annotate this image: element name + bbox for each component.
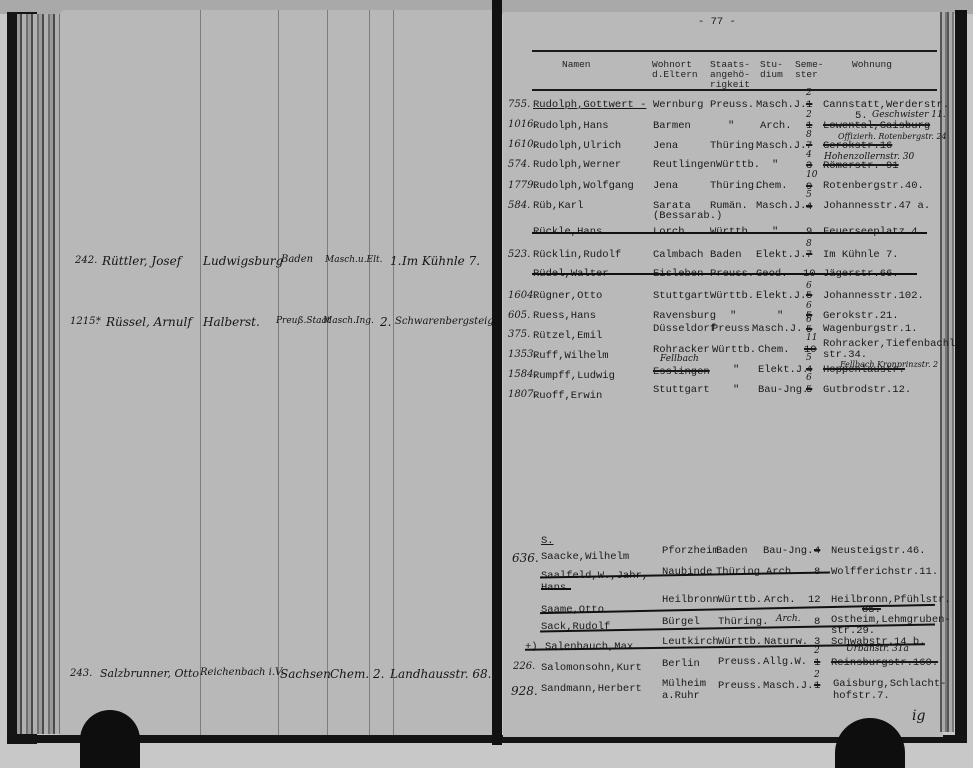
entry-wohnort: Halberst. <box>203 315 260 329</box>
strikethrough-line <box>541 588 571 590</box>
row-semester-new: 2 <box>806 88 812 98</box>
entry-number: 242. <box>75 255 97 266</box>
row-wohnort-new: Fellbach <box>660 354 699 364</box>
row-wohnung: Gutbrodstr.12. <box>823 384 911 396</box>
row-number: 605. <box>508 310 530 321</box>
entry-wohnort: Reichenbach i.V. <box>200 667 284 678</box>
row-semester: 4 <box>814 545 820 557</box>
row-hand-note: Hohenzollernstr. 30 <box>824 152 914 162</box>
row-semester-new: 5 <box>806 353 812 363</box>
page-number: - 77 - <box>698 16 736 28</box>
row-number: +) <box>525 641 538 653</box>
row-hand-note: Urbanstr. 31a <box>846 644 909 654</box>
entry-semester: 2. <box>373 667 384 681</box>
row-name: Rumpff,Ludwig <box>533 370 615 382</box>
row-wohnung: Johannesstr.47 a. <box>823 200 930 212</box>
book-cover-right <box>955 10 967 740</box>
row-semester-new: 6 <box>806 301 812 311</box>
header-studium: Stu- dium <box>760 60 783 80</box>
row-number: 755. <box>508 99 530 110</box>
row-name: Sandmann,Herbert <box>541 683 642 695</box>
row-wohnung: Wagenburgstr.1. <box>823 323 918 335</box>
row-studium: Elekt.J. <box>758 364 808 376</box>
entry-number: 243. <box>70 668 92 679</box>
row-wohnort-cont: a.Ruhr <box>662 690 700 702</box>
row-studium: Arch. <box>776 614 801 624</box>
row-staat: Württb. <box>718 594 762 606</box>
entry-semester: 1. <box>390 254 401 268</box>
row-name: Rudolph,Ulrich <box>533 140 621 152</box>
row-wohnung: Johannesstr.102. <box>823 290 924 302</box>
section-letter: S. <box>541 535 554 547</box>
row-semester-new: 10 <box>806 170 817 180</box>
row-staat: Preuss. <box>718 656 762 668</box>
row-name: Saacke,Wilhelm <box>541 551 629 563</box>
entry-studium: Chem. <box>330 667 369 681</box>
row-hand-note: Geschwister 11. <box>872 110 946 120</box>
row-wohnung: Gerokstr.21. <box>823 310 899 322</box>
row-staat: " <box>730 310 736 322</box>
row-number: 574. <box>508 159 530 170</box>
row-staat: Württb. <box>712 344 756 356</box>
row-name: Ruess,Hans <box>533 310 596 322</box>
column-line <box>200 10 201 735</box>
row-wohnort: Jena <box>653 140 678 152</box>
strikethrough-line <box>532 232 927 234</box>
row-semester-new: 8 <box>806 130 812 140</box>
row-wohnort: Jena <box>653 180 678 192</box>
row-name: Rudolph,Hans <box>533 120 609 132</box>
row-number: 226. <box>513 661 535 672</box>
row-wohnort: Esslingen <box>653 366 710 378</box>
strikethrough-line <box>532 273 917 275</box>
row-studium: " <box>777 310 783 322</box>
row-wohnort: Stuttgart <box>653 290 710 302</box>
row-semester: 1 <box>814 680 820 692</box>
row-number: 636. <box>512 551 539 565</box>
row-number: 584. <box>508 200 530 211</box>
row-semester: 4 <box>806 201 812 213</box>
row-wohnort: Stuttgart <box>653 384 710 396</box>
row-name: Salomonsohn,Kurt <box>541 662 642 674</box>
row-studium: Masch.J. <box>756 200 806 212</box>
entry-mark: * <box>96 316 101 327</box>
row-staat: " <box>728 120 734 132</box>
header-staat: Staats- angehö- rigkeit <box>710 60 750 90</box>
row-name: Rücklin,Rudolf <box>533 249 621 261</box>
row-wohnort: Bürgel <box>662 616 700 628</box>
row-wohnung: Im Kühnle 7. <box>823 249 899 261</box>
row-semester: 5 <box>806 384 812 396</box>
column-line <box>327 10 328 735</box>
row-studium: " <box>772 159 778 171</box>
header-wohnort: Wohnort d.Eltern <box>652 60 698 80</box>
header-rule-top <box>532 50 937 52</box>
row-wohnort: Ravensburg <box>653 310 716 322</box>
row-wohnort: Düsseldorf <box>653 323 716 335</box>
row-studium: Elekt.J. <box>756 290 806 302</box>
row-wohnort: Berlin <box>662 658 700 670</box>
row-studium: Masch.J. <box>752 323 802 335</box>
row-semester-new: 2 <box>806 110 812 120</box>
header-semester: Seme- ster <box>795 60 824 80</box>
entry-wohnung: Im Kühnle 7. <box>402 254 480 268</box>
row-wohnort: Calmbach <box>653 249 703 261</box>
row-name: Rügner,Otto <box>533 290 602 302</box>
row-semester-new: 8 <box>806 239 812 249</box>
row-staat: Baden <box>710 249 742 261</box>
row-wohnort: Wernburg <box>653 99 703 111</box>
row-name: Ruoff,Erwin <box>533 390 602 402</box>
row-name: Rudolph,Wolfgang <box>533 180 634 192</box>
row-semester-new: 6 <box>806 315 812 325</box>
row-staat: Rumän. <box>710 200 748 212</box>
row-wohnung: Lowental,Gaisburg <box>823 120 930 132</box>
row-number: 928. <box>511 684 538 698</box>
row-wohnort: Mülheim <box>662 678 706 690</box>
entry-staat: Baden <box>281 254 313 265</box>
row-studium: Bau-Jng. <box>763 545 813 557</box>
row-semester-new: 11 <box>806 333 817 343</box>
entry-name: Rüssel, Arnulf <box>106 315 192 329</box>
row-wohnung-cont: hofstr.7. <box>833 690 890 702</box>
row-studium: Masch.J. <box>756 140 806 152</box>
row-hand-note: Offizierh. Rotenbergstr. 24 <box>838 132 947 141</box>
row-name: Rüb,Karl <box>533 200 583 212</box>
row-hand-note: Fellbach Kronprinzstr. 2 <box>840 360 938 369</box>
row-studium: Bau-Jng. <box>758 384 808 396</box>
row-semester: 12 <box>808 594 821 606</box>
page-edges <box>17 14 65 734</box>
row-wohnung: Gaisburg,Schlacht- <box>833 678 946 690</box>
row-semester-new: 4 <box>806 150 812 160</box>
row-wohnort: Barmen <box>653 120 691 132</box>
entry-studium: Masch.Ing. <box>323 316 374 326</box>
entry-staat: Sachsen <box>280 667 331 681</box>
header-wohnung: Wohnung <box>852 60 892 70</box>
row-studium: Elekt.J. <box>756 249 806 261</box>
row-wohnort: Reutlingen <box>653 159 716 171</box>
row-wohnung: Reinsburgstr.160. <box>831 657 938 669</box>
row-semester-new: 2 <box>814 646 820 656</box>
row-staat: " <box>733 364 739 376</box>
row-staat: Preuss. <box>712 323 756 335</box>
row-name: Rützel,Emil <box>533 330 602 342</box>
initials-signature: ig <box>912 708 925 724</box>
entry-studium: Masch.u.Elt. <box>325 255 382 265</box>
row-staat: Preuss. <box>718 680 762 692</box>
row-wohnort: Heilbronn <box>662 594 719 606</box>
row-semester-new: 2 <box>814 670 820 680</box>
row-studium: Chem. <box>758 344 790 356</box>
column-line <box>278 10 279 735</box>
row-staat: Baden <box>716 545 748 557</box>
row-studium: Chem. <box>756 180 788 192</box>
row-semester-new: 6 <box>806 281 812 291</box>
row-studium: Masch.J. <box>756 99 806 111</box>
row-semester-new: 5 <box>806 190 812 200</box>
row-name: Rudolph,Gottwert - <box>533 99 646 111</box>
row-studium: Masch.J. <box>763 680 813 692</box>
row-name: Ruff,Wilhelm <box>533 350 609 362</box>
entry-wohnort: Ludwigsburg <box>203 254 283 268</box>
header-namen: Namen <box>562 60 591 70</box>
column-line <box>393 10 394 735</box>
row-wohnung: Rotenbergstr.40. <box>823 180 924 192</box>
row-studium: Arch. <box>760 120 792 132</box>
row-number: 375. <box>508 329 530 340</box>
row-studium: Allg.W. <box>763 656 807 668</box>
book-gutter <box>492 0 502 745</box>
row-staat: " <box>733 384 739 396</box>
row-studium: Arch. <box>764 594 796 606</box>
row-semester: 7 <box>806 249 812 261</box>
row-semester-new: 6 <box>806 373 812 383</box>
row-wohnung: Wolfferichstr.11. <box>831 566 938 578</box>
row-semester: 1 <box>814 657 820 669</box>
row-wohnung: Gerokstr.16 <box>823 140 892 152</box>
column-line <box>369 10 370 735</box>
row-staat: Thüring. <box>710 140 760 152</box>
row-number: 523. <box>508 249 530 260</box>
row-staat: Preuss. <box>710 99 754 111</box>
entry-name: Rüttler, Josef <box>102 254 181 268</box>
entry-name: Salzbrunner, Otto <box>100 667 199 680</box>
thumb-left <box>80 710 140 768</box>
row-wohnung: Neusteigstr.46. <box>831 545 926 557</box>
entry-number: 1215. <box>70 316 99 327</box>
row-staat: Thüring. <box>710 180 760 192</box>
row-staat: Württb. <box>710 290 754 302</box>
row-staat: Württb. <box>716 159 760 171</box>
entry-semester: 2. <box>380 315 391 329</box>
row-name: Rudolph,Werner <box>533 159 621 171</box>
entry-wohnung: Landhausstr. 68. <box>390 667 491 681</box>
row-wohnort: Pforzheim <box>662 545 719 557</box>
